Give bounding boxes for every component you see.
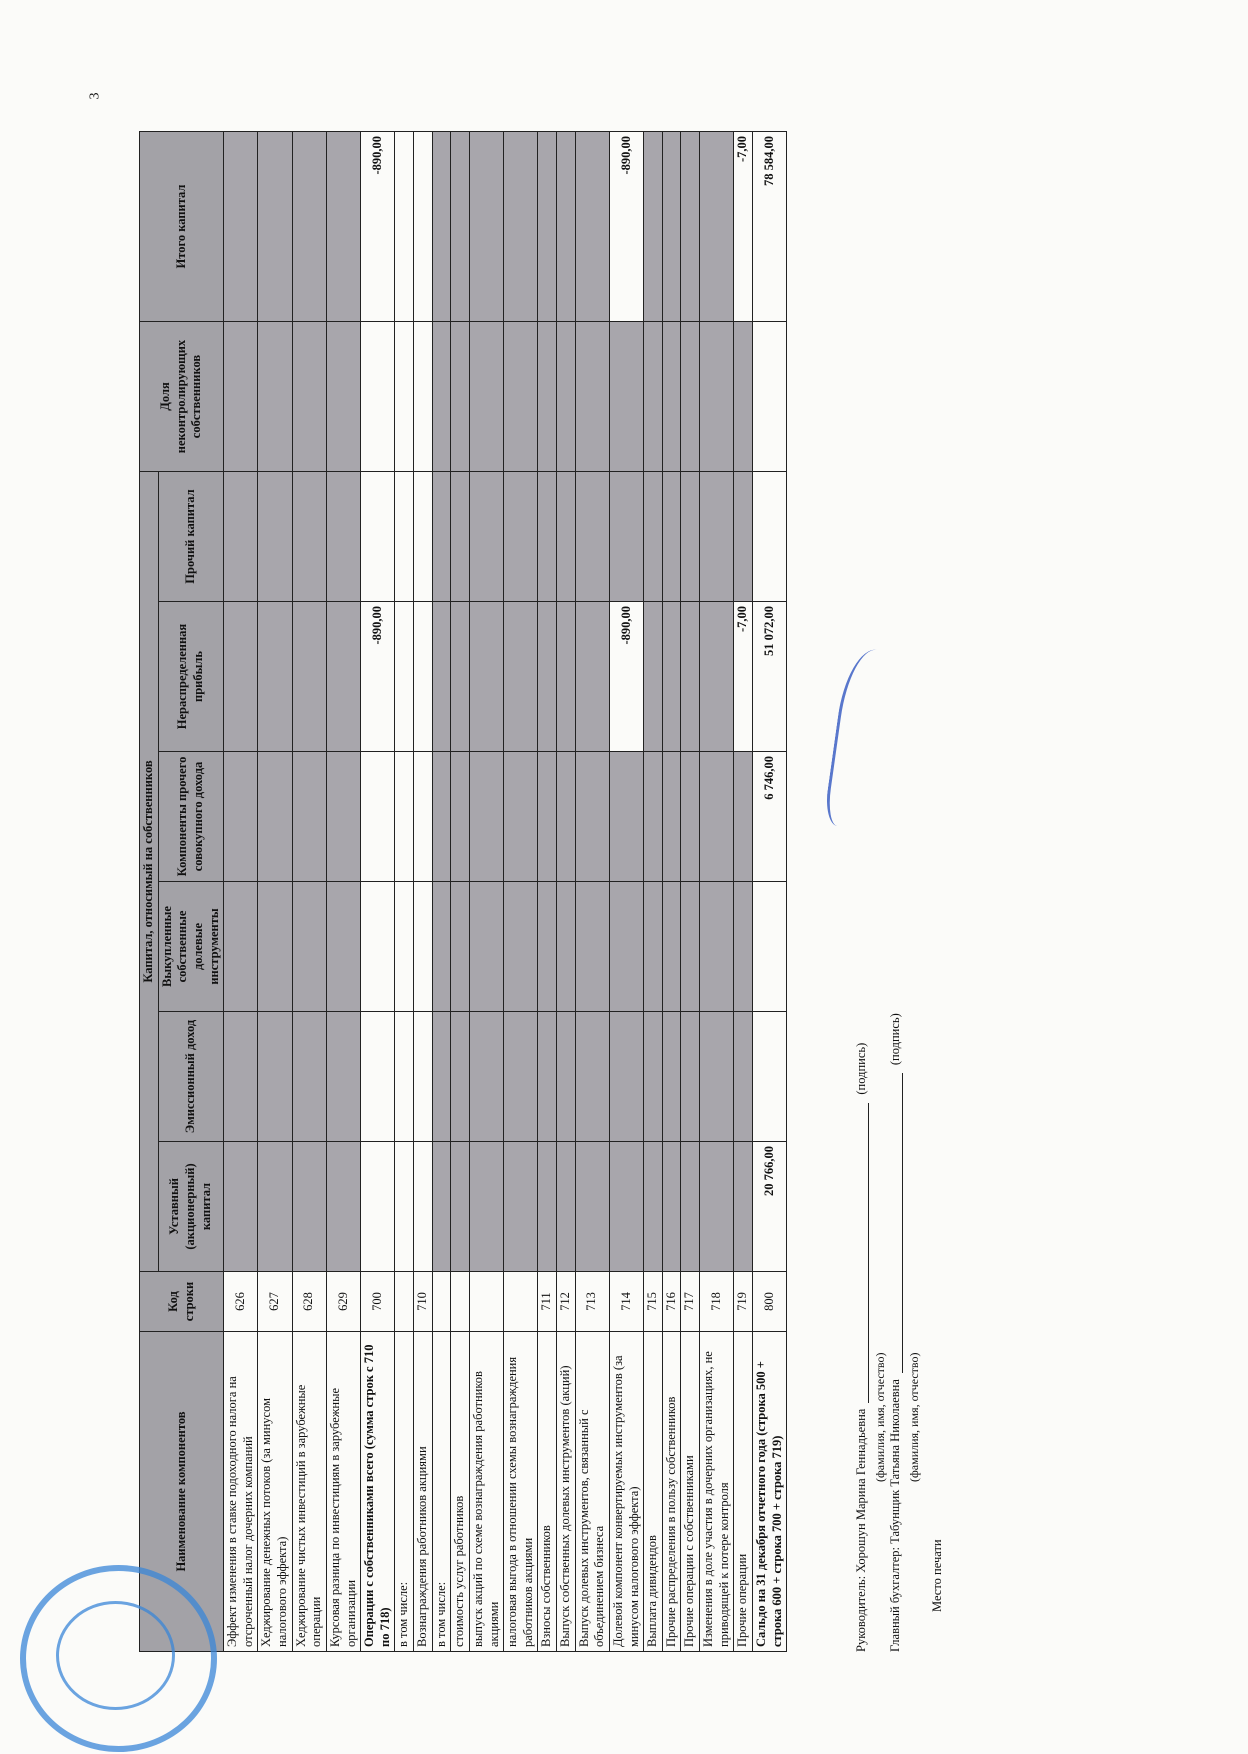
row-value [662,322,681,472]
row-code: 626 [224,1272,258,1332]
table-row: в том числе: [395,132,414,1652]
row-value [504,1012,538,1142]
row-value [681,602,700,752]
row-name: Прочие распределения в пользу собственни… [662,1332,681,1652]
row-code: 719 [734,1272,753,1332]
row-value [395,1142,414,1272]
row-value [292,882,326,1012]
row-value [395,472,414,602]
row-value [361,752,395,882]
table-row: выпуск акций по схеме вознаграждения раб… [469,132,503,1652]
row-value [451,1012,470,1142]
row-value [609,472,643,602]
row-name: Взносы собственников [538,1332,557,1652]
row-value [644,602,663,752]
row-value [557,322,576,472]
row-value [258,322,292,472]
row-value [258,132,292,322]
header-total: Итого капитал [140,132,224,322]
row-value [469,132,503,322]
row-code [432,1272,451,1332]
row-code: 718 [700,1272,734,1332]
table-row: Курсовая разница по инвестициям в зарубе… [326,132,360,1652]
row-value [681,1012,700,1142]
row-value [538,882,557,1012]
header-subcol: Прочий капитал [158,472,224,602]
row-value [575,132,609,322]
row-value [224,1142,258,1272]
row-value [469,322,503,472]
row-value [538,132,557,322]
row-value [432,132,451,322]
row-value [700,1142,734,1272]
row-value [734,882,753,1012]
row-value [504,322,538,472]
header-group: Капитал, относимый на собственников [140,472,159,1272]
row-value [469,1142,503,1272]
row-value [224,132,258,322]
row-value [644,752,663,882]
row-value [432,1142,451,1272]
table-row: Операции с собственниками всего (сумма с… [361,132,395,1652]
row-value [395,882,414,1012]
row-value [557,472,576,602]
row-value [326,472,360,602]
row-name: Выпуск собственных долевых инструментов … [557,1332,576,1652]
row-value [734,1142,753,1272]
row-value [326,882,360,1012]
row-value [432,1012,451,1142]
row-value [504,602,538,752]
head-label: Руководитель: Хорошун Марина Геннадьевна [854,1409,869,1652]
row-value [681,882,700,1012]
row-value [662,1142,681,1272]
header-subcol: Выкупленные собственные долевые инструме… [158,882,224,1012]
row-value [292,322,326,472]
table-row: Хеджирование чистых инвестиций в зарубеж… [292,132,326,1652]
row-value [395,602,414,752]
row-value [557,1142,576,1272]
row-name: Долевой компонент конвертируемых инструм… [609,1332,643,1652]
row-value [414,602,433,752]
row-code: 712 [557,1272,576,1332]
row-value [361,1012,395,1142]
row-value: -890,00 [609,602,643,752]
row-value [538,472,557,602]
row-value [575,752,609,882]
row-value [432,752,451,882]
row-value [644,882,663,1012]
signature-block: Руководитель: Хорошун Марина Геннадьевна… [854,952,945,1652]
table-row: Хеджирование денежных потоков (за минусо… [258,132,292,1652]
row-value [644,1142,663,1272]
row-value [258,752,292,882]
row-value: -890,00 [609,132,643,322]
row-value [258,1012,292,1142]
row-code: 700 [361,1272,395,1332]
row-code: 713 [575,1272,609,1332]
row-name: Эффект изменения в ставке подоходного на… [224,1332,258,1652]
row-value [326,1012,360,1142]
table-row: Изменения в доле участия в дочерних орга… [700,132,734,1652]
row-value [504,132,538,322]
row-value [575,1012,609,1142]
row-value [258,602,292,752]
row-name: Прочие операции с собственниками [681,1332,700,1652]
row-code [395,1272,414,1332]
table-row: Долевой компонент конвертируемых инструм… [609,132,643,1652]
row-value [644,322,663,472]
row-name: Курсовая разница по инвестициям в зарубе… [326,1332,360,1652]
row-value [575,1142,609,1272]
table-row: в том числе: [432,132,451,1652]
row-value [451,752,470,882]
row-code: 800 [752,1272,786,1332]
row-value [609,322,643,472]
row-name: в том числе: [432,1332,451,1652]
row-value [538,322,557,472]
table-row: Вознаграждения работников акциями710 [414,132,433,1652]
row-value [734,752,753,882]
accountant-fio-caption: (фамилия, имя, отчество) [907,952,922,1482]
row-value [700,752,734,882]
row-value [414,322,433,472]
row-value [451,1142,470,1272]
row-value [395,1012,414,1142]
row-name: Операции с собственниками всего (сумма с… [361,1332,395,1652]
row-value [432,602,451,752]
row-value [504,1142,538,1272]
row-code: 716 [662,1272,681,1332]
row-value [575,602,609,752]
row-value [681,132,700,322]
header-subcol: Эмиссионный доход [158,1012,224,1142]
row-value [292,1012,326,1142]
table-row: Прочие операции719-7,00-7,00 [734,132,753,1652]
row-value [326,132,360,322]
row-value [451,472,470,602]
row-value [414,472,433,602]
row-code: 629 [326,1272,360,1332]
table-row: налоговая выгода в отношении схемы возна… [504,132,538,1652]
row-name: Вознаграждения работников акциями [414,1332,433,1652]
table-row: Выпуск собственных долевых инструментов … [557,132,576,1652]
row-value [752,1012,786,1142]
row-value [609,752,643,882]
row-value [395,322,414,472]
head-fio-caption: (фамилия, имя, отчество) [873,952,888,1482]
row-value [451,882,470,1012]
table-row: Выпуск долевых инструментов, связанный с… [575,132,609,1652]
row-value [662,472,681,602]
row-name: Выплата дивидендов [644,1332,663,1652]
row-code [469,1272,503,1332]
row-value [662,1012,681,1142]
table-row: Выплата дивидендов715 [644,132,663,1652]
row-value [662,602,681,752]
row-value [292,602,326,752]
row-value [224,472,258,602]
row-value [361,882,395,1012]
row-value [681,322,700,472]
row-value [414,1012,433,1142]
row-value [326,752,360,882]
row-value [469,882,503,1012]
row-value: -890,00 [361,132,395,322]
row-value [258,882,292,1012]
row-value [662,752,681,882]
row-value [224,322,258,472]
table-row: Взносы собственников711 [538,132,557,1652]
row-value [258,472,292,602]
row-name: налоговая выгода в отношении схемы возна… [504,1332,538,1652]
row-value [414,882,433,1012]
row-name: Прочие операции [734,1332,753,1652]
row-value [681,472,700,602]
row-code: 628 [292,1272,326,1332]
row-value: 20 766,00 [752,1142,786,1272]
row-code [451,1272,470,1332]
table-row: Сальдо на 31 декабря отчетного года (стр… [752,132,786,1652]
row-value [700,472,734,602]
row-name: Сальдо на 31 декабря отчетного года (стр… [752,1332,786,1652]
row-value [432,882,451,1012]
row-value [469,752,503,882]
row-value [644,1012,663,1142]
table-row: Эффект изменения в ставке подоходного на… [224,132,258,1652]
row-value: -7,00 [734,132,753,322]
row-value: 6 746,00 [752,752,786,882]
row-value [538,1012,557,1142]
page-number: 3 [88,93,104,100]
row-value [258,1142,292,1272]
row-name: Изменения в доле участия в дочерних орга… [700,1332,734,1652]
row-value [451,132,470,322]
row-value [414,1142,433,1272]
row-value [395,132,414,322]
row-value [292,472,326,602]
row-value [557,132,576,322]
row-value [752,472,786,602]
row-value [292,132,326,322]
row-value [361,322,395,472]
row-name: Хеджирование чистых инвестиций в зарубеж… [292,1332,326,1652]
header-subcol: Нераспределенная прибыль [158,602,224,752]
header-subcol: Уставный (акционерный) капитал [158,1142,224,1272]
row-value [575,472,609,602]
row-code [504,1272,538,1332]
row-code: 714 [609,1272,643,1332]
row-value: -7,00 [734,602,753,752]
row-code: 717 [681,1272,700,1332]
row-value [700,882,734,1012]
row-value [451,602,470,752]
row-name: в том числе: [395,1332,414,1652]
row-value: -890,00 [361,602,395,752]
row-name: Хеджирование денежных потоков (за минусо… [258,1332,292,1652]
row-value [557,882,576,1012]
row-value [557,602,576,752]
row-value [700,602,734,752]
row-value [432,322,451,472]
row-value [662,882,681,1012]
row-value: 78 584,00 [752,132,786,322]
table-row: стоимость услуг работников [451,132,470,1652]
row-value [326,602,360,752]
row-value [609,1012,643,1142]
row-name: стоимость услуг работников [451,1332,470,1652]
row-value [451,322,470,472]
row-value [469,602,503,752]
row-value [469,1012,503,1142]
row-name: Выпуск долевых инструментов, связанный с… [575,1332,609,1652]
row-value [700,322,734,472]
row-code: 627 [258,1272,292,1332]
seal-label: Место печати [930,952,945,1612]
row-value [662,132,681,322]
row-value [575,322,609,472]
row-value [752,882,786,1012]
accountant-signature-line: Главный бухгалтер: Табунщик Татьяна Нико… [888,952,903,1652]
row-value [557,1012,576,1142]
header-code: Код строки [140,1272,224,1332]
row-value [538,1142,557,1272]
row-value [414,132,433,322]
row-value [681,1142,700,1272]
head-signature-line: Руководитель: Хорошун Марина Геннадьевна… [854,952,869,1652]
rotated-page-content: Наименование компонентов Код строки Капи… [139,132,839,1652]
accountant-sign-caption: (подпись) [888,1013,903,1065]
row-value [734,472,753,602]
header-subcol: Компоненты прочего совокупного дохода [158,752,224,882]
row-value [538,752,557,882]
row-value [414,752,433,882]
row-value [644,132,663,322]
row-value [557,752,576,882]
seal-stamp-icon [20,1565,217,1752]
row-value [224,1012,258,1142]
row-value [752,322,786,472]
row-value [644,472,663,602]
row-value [361,1142,395,1272]
row-value [469,472,503,602]
row-value [361,472,395,602]
row-value [575,882,609,1012]
row-value [734,322,753,472]
row-value [224,752,258,882]
table-row: Прочие распределения в пользу собственни… [662,132,681,1652]
row-value [609,882,643,1012]
row-code: 715 [644,1272,663,1332]
row-value [224,602,258,752]
row-code: 711 [538,1272,557,1332]
table-row: Прочие операции с собственниками717 [681,132,700,1652]
row-value [609,1142,643,1272]
row-value [504,752,538,882]
row-value [326,322,360,472]
row-value [292,752,326,882]
accountant-label: Главный бухгалтер: Табунщик Татьяна Нико… [888,1379,903,1652]
header-minority: Доля неконтролирующих собственников [140,322,224,472]
row-value [395,752,414,882]
row-value [326,1142,360,1272]
row-value: 51 072,00 [752,602,786,752]
row-code: 710 [414,1272,433,1332]
row-value [700,1012,734,1142]
head-sign-caption: (подпись) [854,1043,869,1095]
row-value [504,472,538,602]
row-value [538,602,557,752]
row-value [504,882,538,1012]
row-value [292,1142,326,1272]
row-value [224,882,258,1012]
row-name: выпуск акций по схеме вознаграждения раб… [469,1332,503,1652]
row-value [734,1012,753,1142]
row-value [681,752,700,882]
row-value [700,132,734,322]
row-value [432,472,451,602]
equity-statement-table: Наименование компонентов Код строки Капи… [139,131,787,1652]
